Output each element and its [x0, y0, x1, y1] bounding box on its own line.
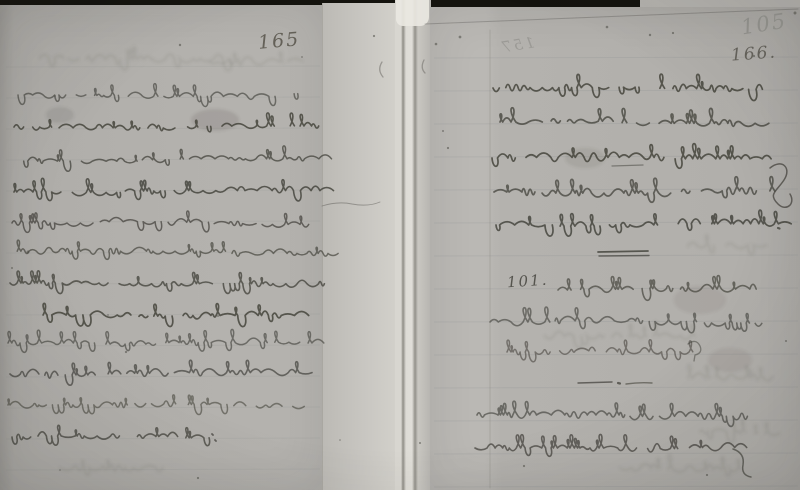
paper-speck — [11, 267, 13, 269]
pen-mark — [599, 256, 649, 257]
bleedthrough-handwriting — [700, 421, 780, 443]
manuscript-scan: 157 165 105 166. 101. — [0, 0, 800, 490]
paper-speck — [606, 26, 609, 29]
pen-mark — [212, 434, 216, 441]
paper-speck — [447, 147, 449, 149]
paper-speck — [179, 44, 181, 46]
paper-speck — [442, 130, 444, 132]
paper-speck — [373, 35, 375, 37]
pen-mark — [578, 382, 612, 383]
handwriting-line — [507, 340, 705, 362]
pen-mark — [778, 228, 780, 229]
rule-line — [434, 387, 798, 388]
pen-mark — [598, 251, 648, 252]
pen-mark — [380, 62, 383, 77]
paper-speck — [107, 314, 109, 316]
handwriting-line — [17, 240, 338, 259]
ink-smudge — [191, 109, 239, 131]
handwriting-line — [12, 425, 210, 445]
pen-mark — [612, 165, 643, 166]
pen-mark — [770, 164, 792, 207]
entry-number: 101. — [506, 271, 549, 292]
bleedthrough-handwriting — [60, 461, 163, 475]
pen-mark — [618, 383, 620, 384]
bleedthrough-handwriting — [620, 455, 741, 476]
pen-mark — [322, 202, 380, 206]
ink-smudge — [708, 348, 752, 372]
bleedthrough-handwriting — [688, 235, 766, 254]
paper-speck — [27, 251, 30, 254]
rule-line — [6, 345, 320, 346]
paper-speck — [59, 469, 61, 471]
left-page-number: 165 — [257, 28, 301, 54]
paper-speck — [459, 36, 462, 39]
pen-mark — [422, 60, 425, 73]
paper-speck — [672, 32, 674, 34]
handwriting-line — [8, 329, 324, 352]
paper-speck — [523, 465, 525, 467]
rule-line — [6, 221, 320, 222]
rule-line — [434, 453, 798, 454]
paper-speck — [419, 442, 421, 444]
rule-line — [6, 438, 320, 439]
paper-speck — [125, 351, 127, 353]
handwriting-line — [18, 84, 298, 107]
handwriting-line — [8, 395, 304, 415]
handwriting-line — [24, 146, 332, 171]
handwriting-ink-layer — [0, 0, 800, 490]
handwriting-line — [14, 178, 334, 201]
paper-speck — [706, 474, 708, 476]
paper-speck — [301, 56, 303, 58]
rule-line — [434, 90, 798, 91]
paper-speck — [339, 439, 341, 441]
paper-specks-layer — [11, 12, 796, 480]
bleedthrough-layer — [40, 47, 780, 476]
paper-speck — [794, 12, 797, 15]
paper-speck — [649, 34, 651, 36]
handwriting-line — [490, 307, 762, 333]
rule-line — [434, 486, 798, 487]
ink-strokes-layer — [8, 9, 798, 488]
handwriting-line — [10, 271, 324, 294]
right-page-number: 166. — [730, 42, 777, 65]
paper-speck — [197, 477, 199, 479]
paper-speck — [785, 340, 787, 342]
paper-speck — [217, 315, 219, 317]
ruled-lines-layer — [6, 57, 798, 487]
handwriting-line — [477, 401, 747, 426]
handwriting-line — [492, 144, 771, 169]
pen-mark — [626, 383, 652, 384]
handwriting-line — [10, 360, 312, 385]
paper-speck — [435, 43, 438, 46]
paper-speck — [54, 95, 56, 97]
handwriting-line — [493, 74, 762, 100]
